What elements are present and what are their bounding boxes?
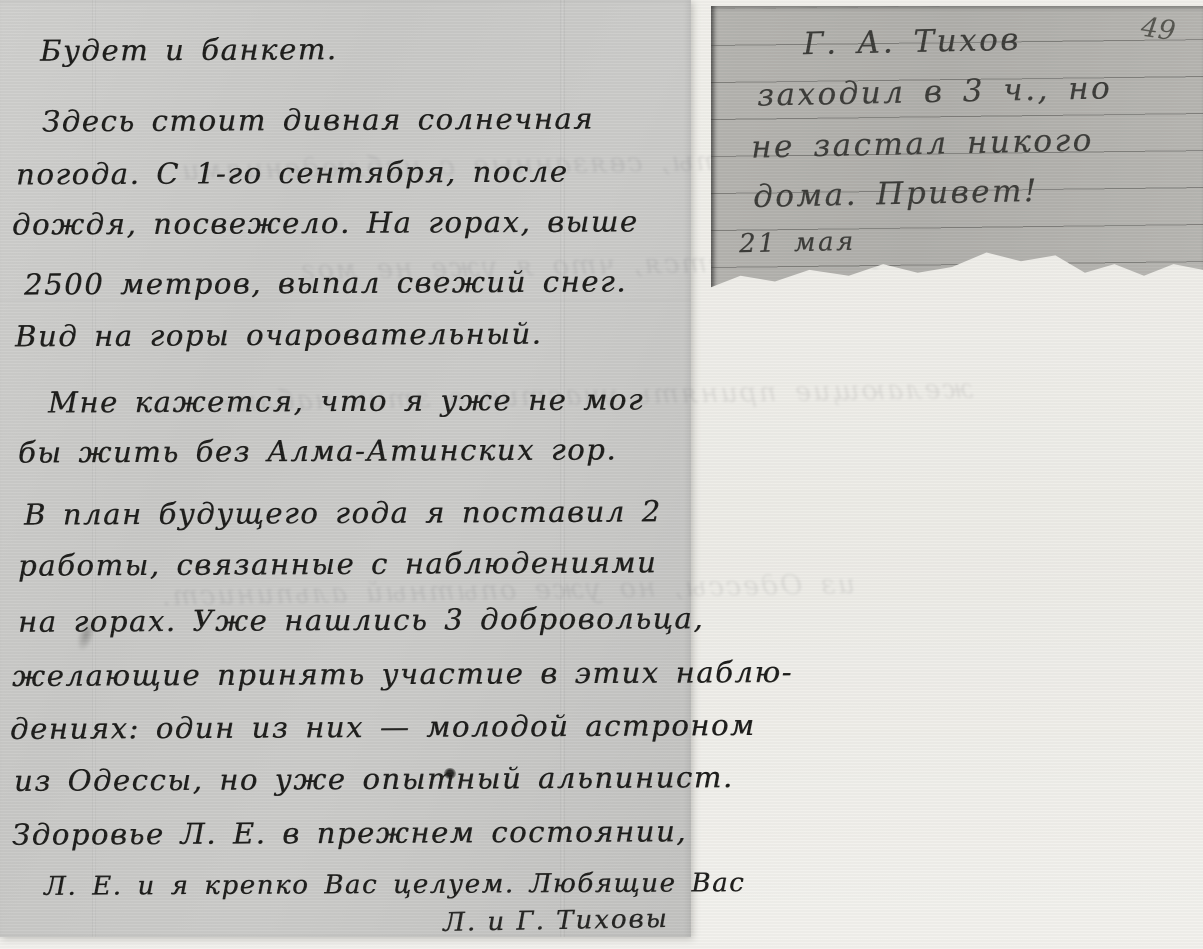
- note-line: заходил в 3 ч., но: [757, 70, 1113, 113]
- note-line: не застал никого: [751, 122, 1094, 165]
- letter-line: желающие принять участие в этих наблю-: [12, 655, 793, 693]
- letter-line: работы, связанные с наблюдениями: [18, 545, 657, 582]
- letter-line: 2500 метров, выпал свежий снег.: [24, 264, 627, 301]
- letter-line: Мне кажется, что я уже не мог: [48, 382, 644, 419]
- note-line: дома. Привет!: [753, 173, 1039, 215]
- letter-line: дениях: один из них — молодой астроном: [10, 708, 756, 746]
- note-line: Г. А. Тихов: [803, 22, 1021, 63]
- letter-line: дождя, посвежело. На горах, выше: [12, 204, 639, 241]
- letter-line: Будет и банкет.: [40, 32, 338, 68]
- note-line: 21 мая: [739, 227, 856, 259]
- letter-line: В план будущего года я поставил 2: [24, 494, 662, 531]
- letter-line: Здоровье Л. Е. в прежнем состоянии,: [12, 814, 687, 852]
- letter-line: Здесь стоит дивная солнечная: [42, 102, 594, 139]
- letter-signature: Л. и Г. Тиховы: [443, 904, 669, 938]
- torn-note: 49 Г. А. Тихов заходил в 3 ч., но не зас…: [711, 6, 1203, 296]
- letter-line: из Одессы, но уже опытный альпинист.: [14, 760, 734, 798]
- letter-line: Вид на горы очаровательный.: [15, 317, 543, 354]
- scan-background: работы, связанные с наблюдениями желающи…: [0, 0, 1203, 949]
- page-number: 49: [1139, 12, 1177, 47]
- paper-crease: [560, 0, 565, 937]
- letter-line: Л. Е. и я крепко Вас целуем. Любящие Вас: [44, 868, 745, 902]
- letter-line: на горах. Уже нашлись 3 добровольца,: [18, 601, 704, 639]
- letter-line: бы жить без Алма-Атинских гор.: [18, 432, 617, 469]
- letter-page: работы, связанные с наблюдениями желающи…: [0, 0, 691, 937]
- letter-line: погода. С 1-го сентября, после: [16, 155, 569, 192]
